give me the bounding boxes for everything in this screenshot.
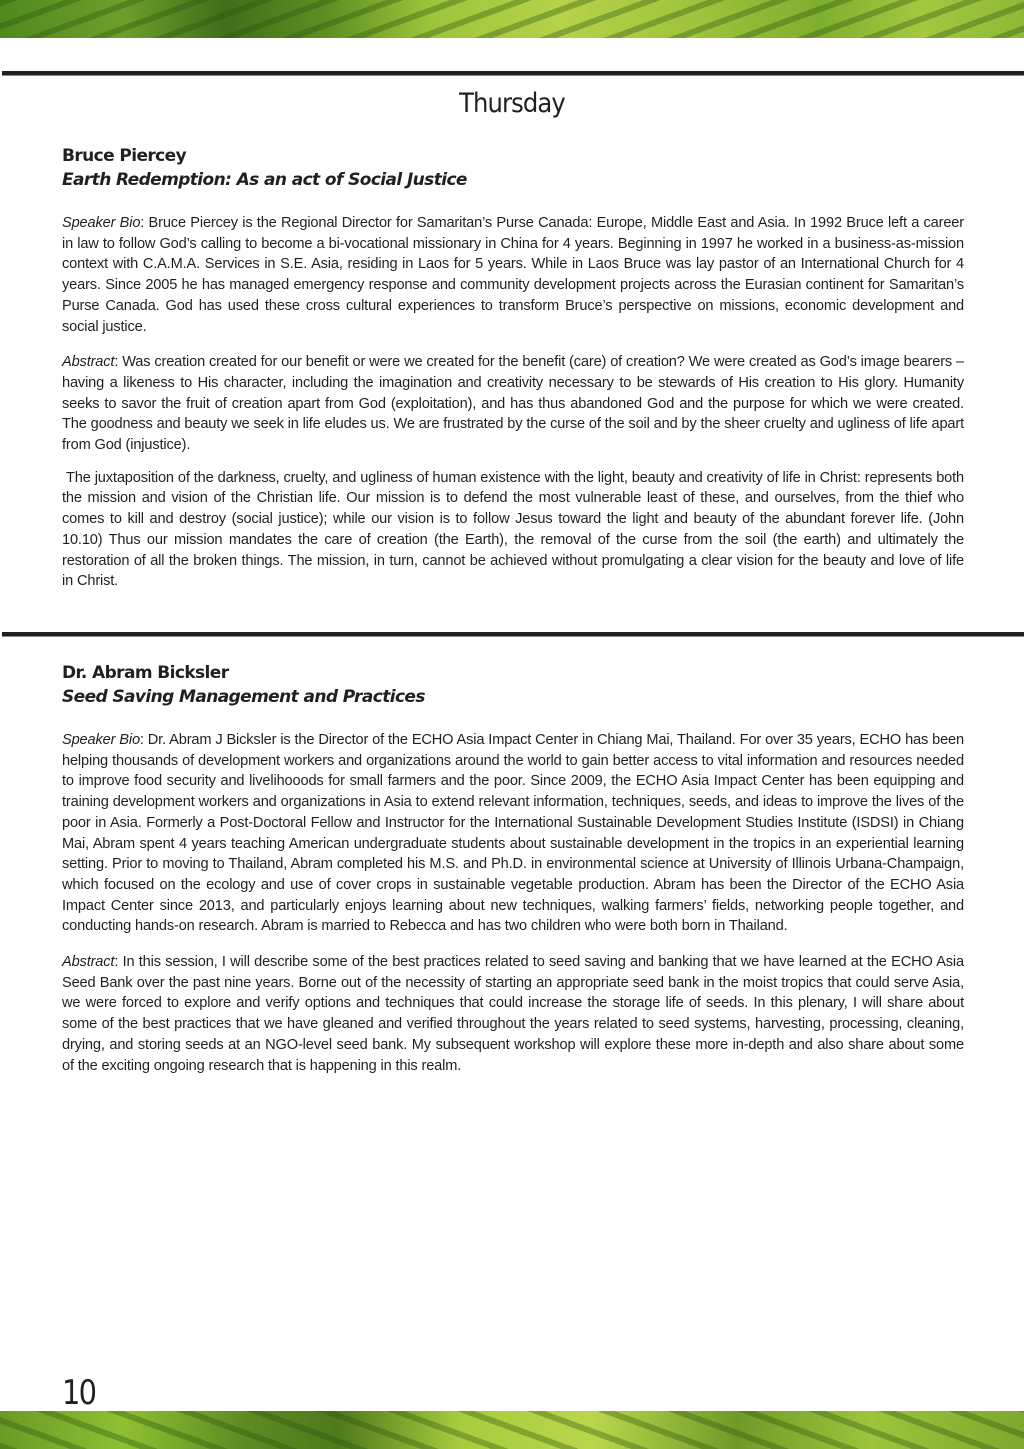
bio-label: Speaker Bio — [62, 215, 140, 231]
abstract: Abstract: Was creation created for our b… — [62, 352, 964, 456]
speaker-name: Bruce Piercey — [62, 144, 964, 168]
abstract-continued: The juxtaposition of the darkness, cruel… — [62, 468, 964, 592]
page-number: 10 — [62, 1373, 95, 1413]
section-divider — [2, 632, 1024, 636]
rice-terrace-banner-top — [0, 0, 1024, 38]
speaker-bio: Speaker Bio: Dr. Abram J Bicksler is the… — [62, 730, 964, 937]
session-title: Earth Redemption: As an act of Social Ju… — [62, 168, 964, 192]
speaker-name: Dr. Abram Bicksler — [62, 661, 964, 685]
rice-terrace-banner-bottom — [0, 1411, 1024, 1449]
page-title: Thursday — [51, 88, 973, 119]
top-divider — [2, 71, 1024, 75]
bio-text: : Dr. Abram J Bicksler is the Director o… — [62, 732, 964, 934]
speaker-bio: Speaker Bio: Bruce Piercey is the Region… — [62, 213, 964, 337]
bio-label: Speaker Bio — [62, 732, 140, 748]
bio-text: : Bruce Piercey is the Regional Director… — [62, 215, 964, 335]
abstract-label: Abstract — [62, 954, 114, 970]
abstract-text: : In this session, I will describe some … — [62, 954, 964, 1074]
abstract-label: Abstract — [62, 354, 114, 370]
abstract: Abstract: In this session, I will descri… — [62, 952, 964, 1076]
abstract-text: : Was creation created for our benefit o… — [62, 354, 964, 453]
session-bruce-piercey: Bruce Piercey Earth Redemption: As an ac… — [62, 144, 964, 592]
session-abram-bicksler: Dr. Abram Bicksler Seed Saving Managemen… — [62, 661, 964, 1076]
session-title: Seed Saving Management and Practices — [62, 685, 964, 709]
